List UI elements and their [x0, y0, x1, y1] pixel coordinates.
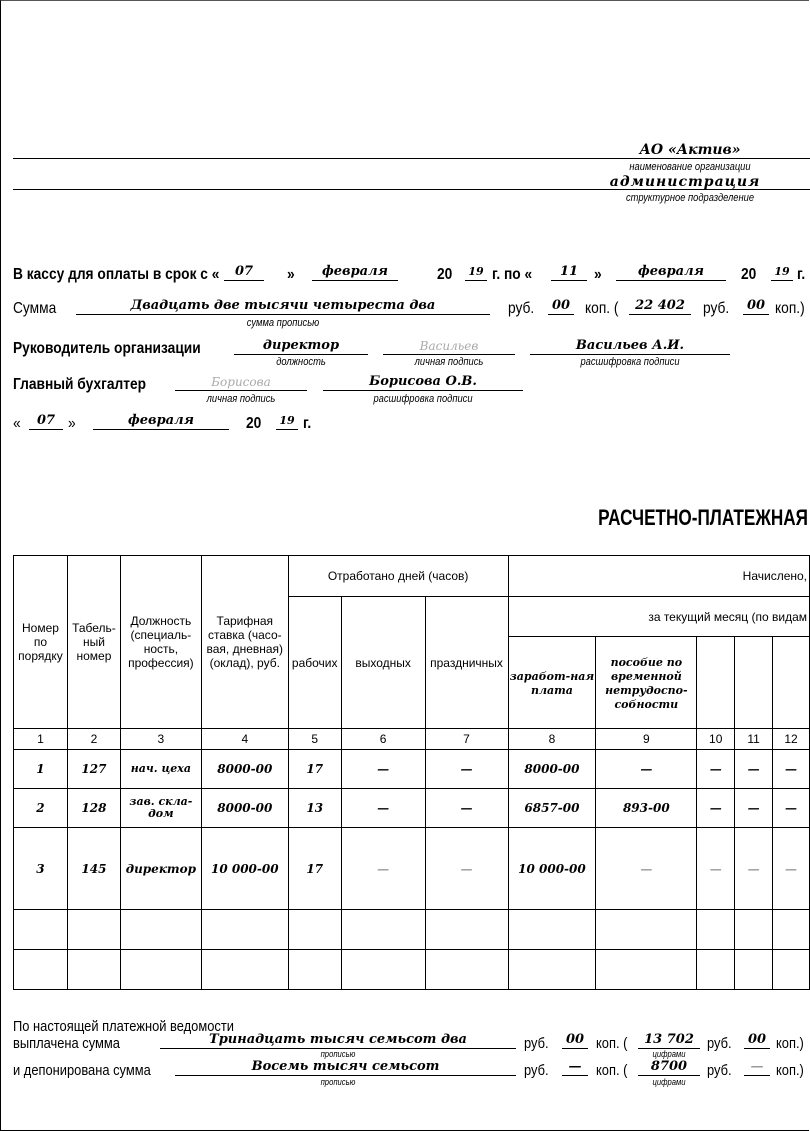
- header-current-month-group: за текущий месяц (по видам: [508, 597, 810, 637]
- deposited-kop-label-2: коп.): [776, 1062, 804, 1079]
- cell-sick-pay[interactable]: —: [596, 750, 697, 789]
- header-col-6: выходных: [341, 597, 425, 729]
- sign-date-suffix: г.: [303, 415, 311, 433]
- empty-cell[interactable]: [341, 950, 425, 990]
- header-col-7: праздничных: [425, 597, 508, 729]
- column-number: 4: [201, 729, 288, 750]
- header-col-9: пособие по временной нетрудоспо-собности: [596, 637, 697, 729]
- header-worked-group: Отработано дней (часов): [288, 556, 508, 597]
- cell-col-12[interactable]: —: [773, 750, 810, 789]
- deposited-kop-field[interactable]: —: [562, 1059, 588, 1076]
- empty-cell[interactable]: [735, 950, 773, 990]
- header-col-8: заработ-ная плата: [508, 637, 596, 729]
- accountant-signature-caption: личная подпись: [185, 393, 297, 405]
- sum-rub-label-2: руб.: [703, 300, 729, 318]
- header-col-5: рабочих: [288, 597, 341, 729]
- cell-no[interactable]: 3: [14, 828, 68, 910]
- cell-col-11[interactable]: —: [735, 750, 773, 789]
- column-number: 6: [341, 729, 425, 750]
- accountant-name-caption: расшифровка подписи: [338, 393, 508, 405]
- header-col-2: Табель-ный номер: [67, 556, 120, 729]
- cell-col-11[interactable]: —: [735, 789, 773, 828]
- cell-salary[interactable]: 10 000-00: [508, 828, 596, 910]
- to-day-field[interactable]: 11: [551, 264, 587, 281]
- paid-label: выплачена сумма: [13, 1035, 120, 1052]
- empty-cell[interactable]: [508, 950, 596, 990]
- deposited-rub-label-2: руб.: [707, 1062, 732, 1079]
- cell-work-days[interactable]: 17: [288, 828, 341, 910]
- payment-period-label: В кассу для оплаты в срок с «: [13, 266, 219, 284]
- cell-sick-pay[interactable]: 893-00: [596, 789, 697, 828]
- empty-cell[interactable]: [425, 910, 508, 950]
- sum-kop-field-2[interactable]: 00: [743, 298, 769, 315]
- deposited-digits-field[interactable]: 8700: [638, 1059, 700, 1076]
- empty-cell[interactable]: [508, 910, 596, 950]
- cell-col-12[interactable]: —: [773, 828, 810, 910]
- table-row: 1 127 нач. цеха 8000-00 17 — — 8000-00 —…: [14, 750, 810, 789]
- empty-cell[interactable]: [773, 910, 810, 950]
- table-row: 3 145 директор 10 000-00 17 — — 10 000-0…: [14, 828, 810, 910]
- column-number: 11: [735, 729, 773, 750]
- organization-line: [13, 158, 810, 159]
- column-number: 12: [773, 729, 810, 750]
- organization-name: АО «Актив»: [600, 142, 780, 158]
- empty-cell[interactable]: [288, 950, 341, 990]
- deposited-words-field[interactable]: Восемь тысяч семьсот: [175, 1059, 516, 1076]
- paid-digits-field[interactable]: 13 702: [638, 1032, 700, 1049]
- column-number: 2: [67, 729, 120, 750]
- deposited-rub-label: руб.: [524, 1062, 549, 1079]
- cell-holiday[interactable]: —: [425, 828, 508, 910]
- head-position-caption: должность: [244, 356, 358, 368]
- cell-tab[interactable]: 127: [67, 750, 120, 789]
- to-year-prefix: 20: [741, 266, 756, 284]
- paid-kop-field[interactable]: 00: [562, 1032, 588, 1049]
- deposited-words-caption: прописью: [253, 1077, 423, 1087]
- column-number: 3: [120, 729, 201, 750]
- empty-cell[interactable]: [67, 950, 120, 990]
- cell-position[interactable]: директор: [120, 828, 201, 910]
- empty-cell[interactable]: [201, 950, 288, 990]
- cell-no[interactable]: 1: [14, 750, 68, 789]
- header-col-4: Тарифная ставка (часо-вая, дневная) (окл…: [201, 556, 288, 729]
- empty-cell[interactable]: [341, 910, 425, 950]
- cell-col-12[interactable]: —: [773, 789, 810, 828]
- table-row-empty: [14, 910, 810, 950]
- from-year-prefix: 20: [437, 266, 452, 284]
- column-number: 7: [425, 729, 508, 750]
- paid-kop-field-2[interactable]: 00: [744, 1032, 770, 1049]
- deposited-digits-caption: цифрами: [643, 1077, 696, 1087]
- table-row: 2 128 зав. скла-дом 8000-00 13 — — 6857-…: [14, 789, 810, 828]
- from-year-field[interactable]: 19: [465, 264, 487, 281]
- payroll-table: Номер по порядку Табель-ный номер Должно…: [13, 555, 810, 990]
- sum-rub-label: руб.: [508, 300, 534, 318]
- paid-kop-label: коп. (: [596, 1035, 627, 1052]
- department-caption: структурное подразделение: [605, 192, 775, 204]
- empty-cell[interactable]: [697, 950, 735, 990]
- paid-rub-label: руб.: [524, 1035, 549, 1052]
- from-day-field[interactable]: 07: [224, 264, 264, 281]
- empty-cell[interactable]: [120, 950, 201, 990]
- to-close-quote: »: [594, 266, 602, 284]
- paid-rub-label-2: руб.: [707, 1035, 732, 1052]
- cell-holiday[interactable]: —: [425, 750, 508, 789]
- cell-weekend[interactable]: —: [341, 750, 425, 789]
- from-close-quote: »: [287, 266, 295, 284]
- paid-kop-label-2: коп.): [776, 1035, 804, 1052]
- cell-tab[interactable]: 128: [67, 789, 120, 828]
- header-col-11: [735, 637, 773, 729]
- cell-salary[interactable]: 8000-00: [508, 750, 596, 789]
- accountant-label: Главный бухгалтер: [13, 376, 146, 394]
- column-number: 9: [596, 729, 697, 750]
- cell-work-days[interactable]: 17: [288, 750, 341, 789]
- header-accrued-group: Начислено,: [508, 556, 810, 597]
- deposited-label: и депонирована сумма: [13, 1062, 151, 1079]
- to-month-field[interactable]: февраля: [616, 264, 726, 281]
- column-number: 8: [508, 729, 596, 750]
- header-col-10: [697, 637, 735, 729]
- cell-no[interactable]: 2: [14, 789, 68, 828]
- cell-sick-pay[interactable]: —: [596, 828, 697, 910]
- cell-tab[interactable]: 145: [67, 828, 120, 910]
- table-row-empty: [14, 950, 810, 990]
- column-number-row: 1 2 3 4 5 6 7 8 9 10 11 12: [14, 729, 810, 750]
- sign-date-year-prefix: 20: [246, 415, 261, 433]
- to-label: г. по «: [492, 266, 532, 284]
- sum-kop-field[interactable]: 00: [548, 298, 574, 315]
- empty-cell[interactable]: [773, 950, 810, 990]
- empty-cell[interactable]: [288, 910, 341, 950]
- column-number: 10: [697, 729, 735, 750]
- empty-cell[interactable]: [67, 910, 120, 950]
- empty-cell[interactable]: [201, 910, 288, 950]
- accountant-name-field[interactable]: Борисова О.В.: [323, 374, 523, 391]
- document-title: РАСЧЕТНО-ПЛАТЕЖНАЯ: [598, 505, 808, 531]
- sign-date-open-quote: «: [13, 415, 21, 433]
- head-label: Руководитель организации: [13, 340, 201, 358]
- sign-date-day-field[interactable]: 07: [29, 413, 63, 430]
- empty-cell[interactable]: [596, 950, 697, 990]
- cell-col-11[interactable]: —: [735, 828, 773, 910]
- cell-position[interactable]: нач. цеха: [120, 750, 201, 789]
- head-signature-caption: личная подпись: [393, 356, 505, 368]
- head-name-caption: расшифровка подписи: [545, 356, 715, 368]
- head-name-field[interactable]: Васильев А.И.: [530, 338, 730, 355]
- paid-digits-caption: цифрами: [643, 1049, 696, 1059]
- cell-salary[interactable]: 6857-00: [508, 789, 596, 828]
- deposited-kop-label: коп. (: [596, 1062, 627, 1079]
- column-number: 5: [288, 729, 341, 750]
- department-line: [13, 189, 810, 190]
- empty-cell[interactable]: [425, 950, 508, 990]
- to-year-field[interactable]: 19: [771, 264, 793, 281]
- cell-holiday[interactable]: —: [425, 789, 508, 828]
- sum-digits-field[interactable]: 22 402: [629, 298, 691, 315]
- empty-cell[interactable]: [596, 910, 697, 950]
- sign-date-close-quote: »: [68, 415, 76, 433]
- empty-cell[interactable]: [14, 950, 68, 990]
- header-col-1: Номер по порядку: [14, 556, 68, 729]
- cell-col-10[interactable]: —: [697, 750, 735, 789]
- deposited-kop-field-2[interactable]: —: [744, 1059, 770, 1076]
- year-suffix: г.: [797, 266, 805, 284]
- cell-position[interactable]: зав. скла-дом: [120, 789, 201, 828]
- organization-caption: наименование организации: [605, 161, 775, 173]
- empty-cell[interactable]: [697, 910, 735, 950]
- head-position-field[interactable]: директор: [234, 338, 368, 355]
- header-col-12: [773, 637, 810, 729]
- empty-cell[interactable]: [14, 910, 68, 950]
- sign-date-year-field[interactable]: 19: [276, 413, 298, 430]
- cell-weekend[interactable]: —: [341, 828, 425, 910]
- cell-col-10[interactable]: —: [697, 828, 735, 910]
- empty-cell[interactable]: [735, 910, 773, 950]
- sign-date-month-field[interactable]: февраля: [93, 413, 229, 430]
- head-signature: Васильев: [383, 338, 515, 355]
- cell-work-days[interactable]: 13: [288, 789, 341, 828]
- paid-words-caption: прописью: [253, 1049, 423, 1059]
- empty-cell[interactable]: [120, 910, 201, 950]
- cell-col-10[interactable]: —: [697, 789, 735, 828]
- cell-weekend[interactable]: —: [341, 789, 425, 828]
- department-name: администрация: [600, 174, 770, 190]
- sum-words-field[interactable]: Двадцать две тысячи четыреста два: [76, 298, 490, 315]
- column-number: 1: [14, 729, 68, 750]
- cell-rate[interactable]: 10 000-00: [201, 828, 288, 910]
- header-col-3: Должность (специаль-ность, профессия): [120, 556, 201, 729]
- from-month-field[interactable]: февраля: [312, 264, 398, 281]
- paid-words-field[interactable]: Тринадцать тысяч семьсот два: [160, 1032, 516, 1049]
- accountant-signature: Борисова: [175, 374, 307, 391]
- sum-words-caption: сумма прописью: [198, 317, 368, 329]
- sum-label: Сумма: [13, 300, 56, 318]
- sum-kop-label: коп. (: [585, 300, 619, 318]
- cell-rate[interactable]: 8000-00: [201, 789, 288, 828]
- cell-rate[interactable]: 8000-00: [201, 750, 288, 789]
- sum-kop-label-2: коп.): [775, 300, 805, 318]
